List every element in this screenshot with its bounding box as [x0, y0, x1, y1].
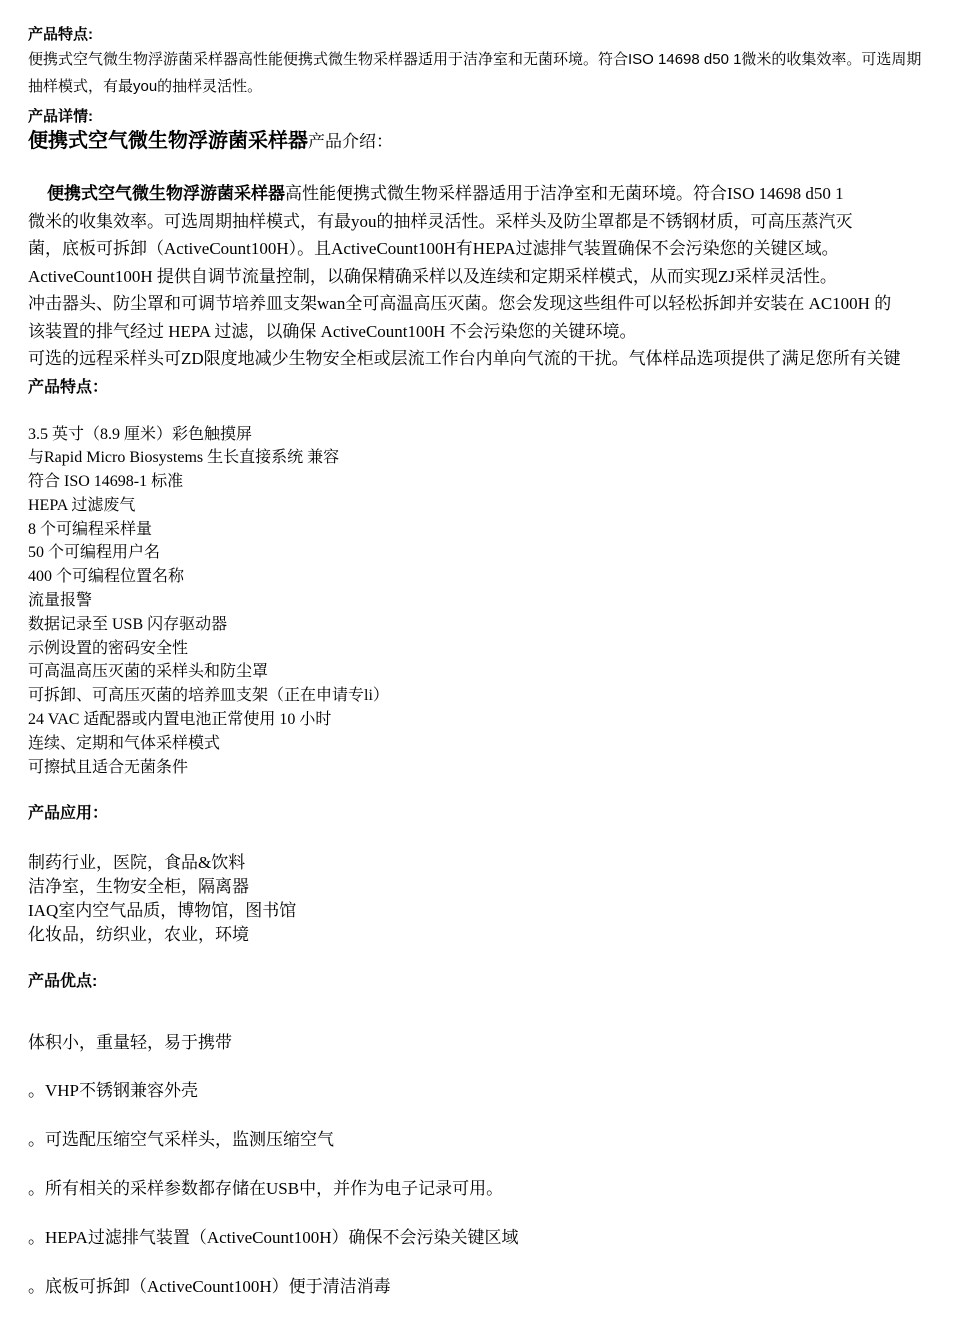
- benefit-item: 。可选配压缩空气采样头，监测压缩空气: [28, 1128, 955, 1152]
- feature-item: HEPA 过滤废气: [28, 494, 955, 518]
- features-heading: 产品特点：: [28, 377, 955, 399]
- feature-item: 24 VAC 适配器或内置电池正常使用 10 小时: [28, 708, 955, 732]
- feature-item: 可拆卸、可高压灭菌的培养皿支架（正在申请专li）: [28, 684, 955, 708]
- description-line: 可选的远程采样头可ZD限度地减少生物安全柜或层流工作台内单向气流的干扰。气体样品…: [28, 345, 955, 373]
- description-lead-bold: 便携式空气微生物浮游菌采样器: [47, 184, 285, 203]
- benefits-heading: 产品优点:: [28, 971, 955, 993]
- feature-item: 400 个可编程位置名称: [28, 565, 955, 589]
- intro-line: 抽样模式，有最you的抽样灵活性。: [28, 73, 955, 100]
- description-line: 菌，底板可拆卸（ActiveCount100H）。且ActiveCount100…: [28, 235, 955, 263]
- description-line: 该装置的排气经过 HEPA 过滤，以确保 ActiveCount100H 不会污…: [28, 318, 955, 346]
- description-line: ActiveCount100H 提供自调节流量控制，以确保精确采样以及连续和定期…: [28, 263, 955, 291]
- benefit-item: 。底板可拆卸（ActiveCount100H）便于清洁消毒: [28, 1275, 955, 1299]
- feature-item: 8 个可编程采样量: [28, 518, 955, 542]
- feature-item: 符合 ISO 14698-1 标准: [28, 470, 955, 494]
- intro-paragraph: 便携式空气微生物浮游菌采样器高性能便携式微生物采样器适用于洁净室和无菌环境。符合…: [28, 46, 955, 100]
- product-description-page: 产品特点: 便携式空气微生物浮游菌采样器高性能便携式微生物采样器适用于洁净室和无…: [0, 24, 955, 1298]
- feature-item: 可高温高压灭菌的采样头和防尘罩: [28, 660, 955, 684]
- application-item: 制药行业，医院，食品&饮料: [28, 851, 955, 875]
- feature-item: 3.5 英寸（8.9 厘米）彩色触摸屏: [28, 423, 955, 447]
- application-item: 化妆品，纺织业，农业，环境: [28, 923, 955, 947]
- description-block: 便携式空气微生物浮游菌采样器高性能便携式微生物采样器适用于洁净室和无菌环境。符合…: [28, 180, 955, 373]
- details-heading: 产品详情:: [28, 106, 955, 128]
- intro-heading: 产品特点:: [28, 24, 955, 46]
- product-title-suffix: 产品介绍：: [308, 132, 393, 151]
- benefit-item: 。VHP不锈钢兼容外壳: [28, 1079, 955, 1103]
- description-line: 微米的收集效率。可选周期抽样模式，有最you的抽样灵活性。采样头及防尘罩都是不锈…: [28, 208, 955, 236]
- benefits-list: 体积小，重量轻，易于携带。VHP不锈钢兼容外壳。可选配压缩空气采样头，监测压缩空…: [28, 1031, 955, 1299]
- feature-item: 流量报警: [28, 589, 955, 613]
- description-line: 冲击器头、防尘罩和可调节培养皿支架wan全可高温高压灭菌。您会发现这些组件可以轻…: [28, 290, 955, 318]
- application-item: IAQ室内空气品质，博物馆，图书馆: [28, 899, 955, 923]
- description-line-first-rest: 高性能便携式微生物采样器适用于洁净室和无菌环境。符合ISO 14698 d50 …: [285, 184, 844, 203]
- description-lines: 微米的收集效率。可选周期抽样模式，有最you的抽样灵活性。采样头及防尘罩都是不锈…: [28, 208, 955, 373]
- intro-line: 便携式空气微生物浮游菌采样器高性能便携式微生物采样器适用于洁净室和无菌环境。符合…: [28, 46, 955, 73]
- applications-heading: 产品应用：: [28, 803, 955, 825]
- applications-list: 制药行业，医院，食品&饮料洁净室，生物安全柜，隔离器IAQ室内空气品质，博物馆，…: [28, 851, 955, 946]
- benefit-item: 。所有相关的采样参数都存储在USB中，并作为电子记录可用。: [28, 1177, 955, 1201]
- product-title-bold: 便携式空气微生物浮游菌采样器: [28, 130, 308, 152]
- feature-item: 可擦拭且适合无菌条件: [28, 756, 955, 780]
- benefit-item: 体积小，重量轻，易于携带: [28, 1031, 955, 1055]
- feature-item: 示例设置的密码安全性: [28, 637, 955, 661]
- features-list: 3.5 英寸（8.9 厘米）彩色触摸屏与Rapid Micro Biosyste…: [28, 423, 955, 780]
- feature-item: 50 个可编程用户名: [28, 541, 955, 565]
- description-line-first: 便携式空气微生物浮游菌采样器高性能便携式微生物采样器适用于洁净室和无菌环境。符合…: [28, 180, 955, 208]
- feature-item: 数据记录至 USB 闪存驱动器: [28, 613, 955, 637]
- benefit-item: 。HEPA过滤排气装置（ActiveCount100H）确保不会污染关键区域: [28, 1226, 955, 1250]
- application-item: 洁净室，生物安全柜，隔离器: [28, 875, 955, 899]
- feature-item: 与Rapid Micro Biosystems 生长直接系统 兼容: [28, 446, 955, 470]
- feature-item: 连续、定期和气体采样模式: [28, 732, 955, 756]
- product-title-line: 便携式空气微生物浮游菌采样器产品介绍：: [28, 128, 955, 156]
